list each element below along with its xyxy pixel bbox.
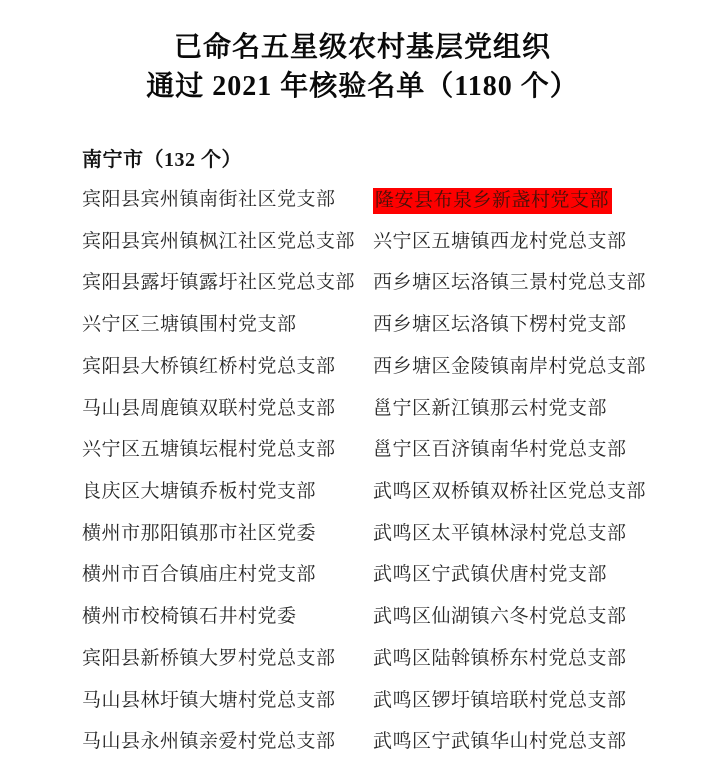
org-cell-left: 宾阳县新桥镇大罗村党总支部 (82, 645, 373, 670)
org-cell-right: 兴宁区五塘镇西龙村党总支部 (373, 228, 662, 253)
org-name: 宾阳县新桥镇大罗村党总支部 (82, 647, 336, 670)
org-name: 横州市校椅镇石井村党委 (82, 605, 297, 628)
org-cell-right: 邕宁区新江镇那云村党支部 (373, 395, 662, 420)
document-page: 已命名五星级农村基层党组织 通过 2021 年核验名单（1180 个） 南宁市（… (0, 0, 725, 767)
org-list: 宾阳县宾州镇南街社区党支部隆安县布泉乡新盏村党支部宾阳县宾州镇枫江社区党总支部兴… (82, 186, 662, 767)
org-list-row: 马山县周鹿镇双联村党总支部邕宁区新江镇那云村党支部 (82, 395, 662, 437)
org-name: 武鸣区宁武镇华山村党总支部 (373, 730, 627, 753)
org-cell-left: 宾阳县露圩镇露圩社区党总支部 (82, 269, 373, 294)
org-cell-left: 马山县周鹿镇双联村党总支部 (82, 395, 373, 420)
document-title: 已命名五星级农村基层党组织 通过 2021 年核验名单（1180 个） (0, 28, 725, 106)
org-name: 西乡塘区坛洛镇下楞村党支部 (373, 313, 627, 336)
org-cell-left: 横州市校椅镇石井村党委 (82, 603, 373, 628)
org-list-row: 横州市校椅镇石井村党委武鸣区仙湖镇六冬村党总支部 (82, 603, 662, 645)
org-cell-right: 武鸣区宁武镇华山村党总支部 (373, 728, 662, 753)
org-cell-right: 隆安县布泉乡新盏村党支部 (373, 186, 662, 214)
org-cell-left: 宾阳县宾州镇枫江社区党总支部 (82, 228, 373, 253)
org-name: 武鸣区仙湖镇六冬村党总支部 (373, 605, 627, 628)
org-list-row: 横州市百合镇庙庄村党支部武鸣区宁武镇伏唐村党支部 (82, 561, 662, 603)
org-list-row: 宾阳县大桥镇红桥村党总支部西乡塘区金陵镇南岸村党总支部 (82, 353, 662, 395)
org-cell-right: 武鸣区锣圩镇培联村党总支部 (373, 687, 662, 712)
org-name: 邕宁区新江镇那云村党支部 (373, 397, 607, 420)
org-cell-left: 马山县林圩镇大塘村党总支部 (82, 687, 373, 712)
highlighted-org-name: 隆安县布泉乡新盏村党支部 (373, 188, 612, 214)
org-list-row: 兴宁区五塘镇坛棍村党总支部邕宁区百济镇南华村党总支部 (82, 436, 662, 478)
org-list-row: 宾阳县新桥镇大罗村党总支部武鸣区陆斡镇桥东村党总支部 (82, 645, 662, 687)
org-name: 武鸣区锣圩镇培联村党总支部 (373, 689, 627, 712)
section-header-city: 南宁市（132 个） (82, 143, 242, 172)
org-list-row: 宾阳县宾州镇南街社区党支部隆安县布泉乡新盏村党支部 (82, 186, 662, 228)
org-list-row: 横州市那阳镇那市社区党委武鸣区太平镇林渌村党总支部 (82, 520, 662, 562)
org-list-row: 良庆区大塘镇乔板村党支部武鸣区双桥镇双桥社区党总支部 (82, 478, 662, 520)
org-name: 马山县周鹿镇双联村党总支部 (82, 397, 336, 420)
org-cell-left: 良庆区大塘镇乔板村党支部 (82, 478, 373, 503)
org-name: 宾阳县露圩镇露圩社区党总支部 (82, 271, 355, 294)
org-cell-left: 马山县永州镇亲爱村党总支部 (82, 728, 373, 753)
org-cell-right: 武鸣区太平镇林渌村党总支部 (373, 520, 662, 545)
org-name: 武鸣区太平镇林渌村党总支部 (373, 522, 627, 545)
org-name: 邕宁区百济镇南华村党总支部 (373, 438, 627, 461)
org-cell-left: 宾阳县大桥镇红桥村党总支部 (82, 353, 373, 378)
org-name: 西乡塘区金陵镇南岸村党总支部 (373, 355, 646, 378)
title-line-2: 通过 2021 年核验名单（1180 个） (0, 67, 725, 106)
org-name: 兴宁区五塘镇西龙村党总支部 (373, 230, 627, 253)
org-name: 横州市百合镇庙庄村党支部 (82, 563, 316, 586)
org-list-row: 马山县林圩镇大塘村党总支部武鸣区锣圩镇培联村党总支部 (82, 687, 662, 729)
org-name: 宾阳县宾州镇南街社区党支部 (82, 188, 336, 211)
org-name: 武鸣区宁武镇伏唐村党支部 (373, 563, 607, 586)
org-cell-left: 兴宁区五塘镇坛棍村党总支部 (82, 436, 373, 461)
org-name: 宾阳县大桥镇红桥村党总支部 (82, 355, 336, 378)
org-cell-right: 西乡塘区坛洛镇下楞村党支部 (373, 311, 662, 336)
org-name: 横州市那阳镇那市社区党委 (82, 522, 316, 545)
org-cell-left: 横州市那阳镇那市社区党委 (82, 520, 373, 545)
org-cell-right: 西乡塘区坛洛镇三景村党总支部 (373, 269, 662, 294)
org-name: 武鸣区陆斡镇桥东村党总支部 (373, 647, 627, 670)
org-list-row: 宾阳县宾州镇枫江社区党总支部兴宁区五塘镇西龙村党总支部 (82, 228, 662, 270)
org-name: 良庆区大塘镇乔板村党支部 (82, 480, 316, 503)
org-name: 西乡塘区坛洛镇三景村党总支部 (373, 271, 646, 294)
org-name: 宾阳县宾州镇枫江社区党总支部 (82, 230, 355, 253)
org-cell-right: 武鸣区仙湖镇六冬村党总支部 (373, 603, 662, 628)
org-list-row: 马山县永州镇亲爱村党总支部武鸣区宁武镇华山村党总支部 (82, 728, 662, 767)
org-cell-left: 宾阳县宾州镇南街社区党支部 (82, 186, 373, 211)
org-cell-right: 武鸣区宁武镇伏唐村党支部 (373, 561, 662, 586)
org-cell-right: 武鸣区双桥镇双桥社区党总支部 (373, 478, 662, 503)
org-list-row: 宾阳县露圩镇露圩社区党总支部西乡塘区坛洛镇三景村党总支部 (82, 269, 662, 311)
org-cell-right: 武鸣区陆斡镇桥东村党总支部 (373, 645, 662, 670)
title-line-1: 已命名五星级农村基层党组织 (0, 28, 725, 67)
org-name: 兴宁区三塘镇围村党支部 (82, 313, 297, 336)
org-name: 马山县永州镇亲爱村党总支部 (82, 730, 336, 753)
org-name: 兴宁区五塘镇坛棍村党总支部 (82, 438, 336, 461)
org-cell-left: 横州市百合镇庙庄村党支部 (82, 561, 373, 586)
org-name: 武鸣区双桥镇双桥社区党总支部 (373, 480, 646, 503)
org-cell-left: 兴宁区三塘镇围村党支部 (82, 311, 373, 336)
org-cell-right: 西乡塘区金陵镇南岸村党总支部 (373, 353, 662, 378)
org-list-row: 兴宁区三塘镇围村党支部西乡塘区坛洛镇下楞村党支部 (82, 311, 662, 353)
org-name: 马山县林圩镇大塘村党总支部 (82, 689, 336, 712)
org-cell-right: 邕宁区百济镇南华村党总支部 (373, 436, 662, 461)
